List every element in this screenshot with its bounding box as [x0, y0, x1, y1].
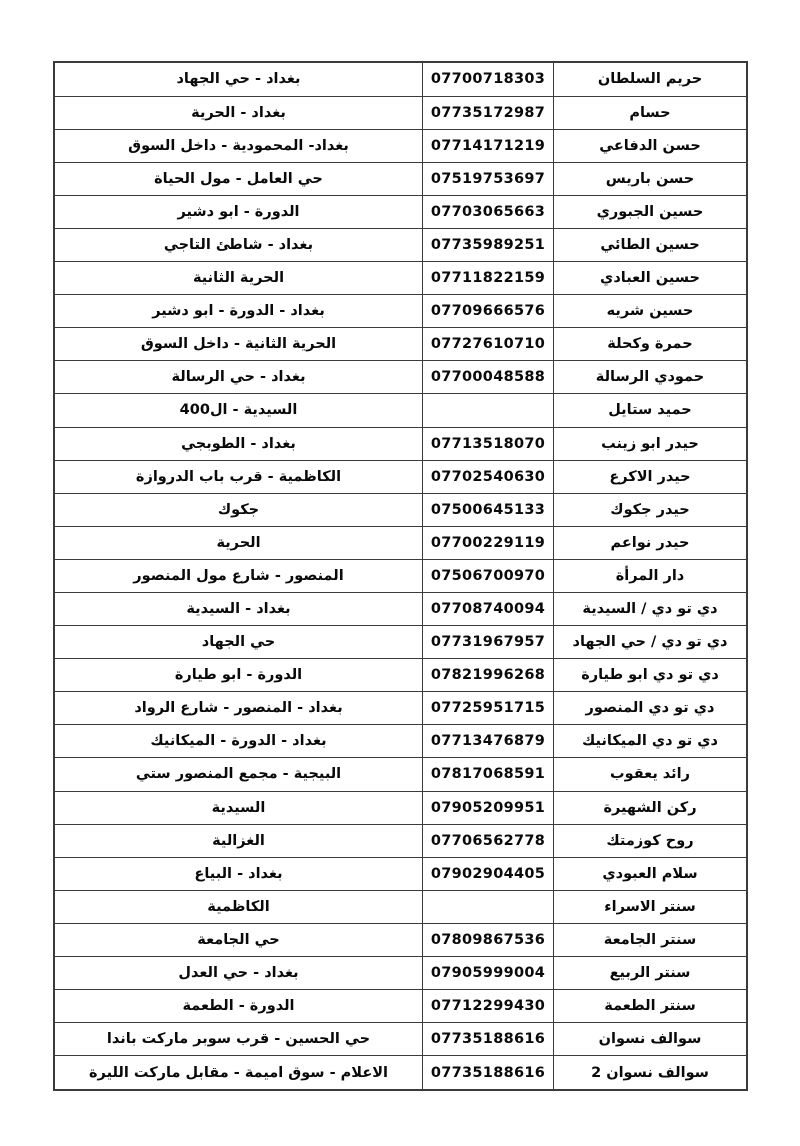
- phone-cell: 07500645133: [423, 493, 554, 526]
- table-row: ركن الشهيرة07905209951السيدية: [54, 791, 747, 824]
- name-cell: حسن الدفاعي: [554, 129, 748, 162]
- location-cell: بغداد - البياع: [54, 857, 423, 890]
- table-row: حيدر الاكرع07702540630الكاظمية - قرب باب…: [54, 460, 747, 493]
- name-cell: دار المرأة: [554, 559, 748, 592]
- location-cell: الحرية: [54, 526, 423, 559]
- location-cell: بغداد - حي الرسالة: [54, 361, 423, 394]
- name-cell: حسن باريس: [554, 162, 748, 195]
- location-cell: المنصور - شارع مول المنصور: [54, 559, 423, 592]
- name-cell: حسام: [554, 96, 748, 129]
- location-cell: بغداد - شاطئ التاجي: [54, 228, 423, 261]
- phone-cell: 07709666576: [423, 295, 554, 328]
- page: { "page": { "background_color": "#ffffff…: [0, 0, 800, 1146]
- table-row: سوالف نسوان07735188616حي الحسين - قرب سو…: [54, 1023, 747, 1056]
- location-cell: حي الجامعة: [54, 923, 423, 956]
- table-row: سنتر الربيع07905999004بغداد - حي العدل: [54, 957, 747, 990]
- location-cell: بغداد - السيدية: [54, 592, 423, 625]
- table-row: حسين الطائي07735989251بغداد - شاطئ التاج…: [54, 228, 747, 261]
- location-cell: بغداد - الدورة - ابو دشير: [54, 295, 423, 328]
- table-row: رائد يعقوب07817068591البيجية - مجمع المن…: [54, 758, 747, 791]
- location-cell: بغداد - الحرية: [54, 96, 423, 129]
- location-cell: السيدية: [54, 791, 423, 824]
- name-cell: سوالف نسوان 2: [554, 1056, 748, 1090]
- phone-cell: 07735188616: [423, 1023, 554, 1056]
- phone-cell: 07506700970: [423, 559, 554, 592]
- location-cell: البيجية - مجمع المنصور ستي: [54, 758, 423, 791]
- name-cell: ركن الشهيرة: [554, 791, 748, 824]
- table-row: حيدر ابو زينب07713518070بغداد - الطوبجي: [54, 427, 747, 460]
- phone-cell: 07700229119: [423, 526, 554, 559]
- location-cell: بغداد - حي الجهاد: [54, 62, 423, 96]
- table-row: حريم السلطان07700718303بغداد - حي الجهاد: [54, 62, 747, 96]
- table-row: حمرة وكحلة07727610710الحرية الثانية - دا…: [54, 328, 747, 361]
- location-cell: الغزالية: [54, 824, 423, 857]
- name-cell: حمودي الرسالة: [554, 361, 748, 394]
- phone-cell: 07519753697: [423, 162, 554, 195]
- name-cell: حسين شريه: [554, 295, 748, 328]
- phone-cell: 07735989251: [423, 228, 554, 261]
- table-row: سنتر الجامعة07809867536حي الجامعة: [54, 923, 747, 956]
- name-cell: حريم السلطان: [554, 62, 748, 96]
- location-cell: الحرية الثانية - داخل السوق: [54, 328, 423, 361]
- location-cell: بغداد - الدورة - الميكانيك: [54, 725, 423, 758]
- table-row: حسن باريس07519753697حي العامل - مول الحي…: [54, 162, 747, 195]
- name-cell: حسين الطائي: [554, 228, 748, 261]
- name-cell: حمرة وكحلة: [554, 328, 748, 361]
- phone-cell: 07713518070: [423, 427, 554, 460]
- location-cell: بغداد - الطوبجي: [54, 427, 423, 460]
- table-row: دي تو دي / السيدية07708740094بغداد - الس…: [54, 592, 747, 625]
- name-cell: حسين العبادي: [554, 262, 748, 295]
- name-cell: رائد يعقوب: [554, 758, 748, 791]
- table-row: دي تو دي / حي الجهاد07731967957حي الجهاد: [54, 626, 747, 659]
- phone-cell: 07714171219: [423, 129, 554, 162]
- table-row: حسين العبادي07711822159الحرية الثانية: [54, 262, 747, 295]
- location-cell: الدورة - ابو طيارة: [54, 659, 423, 692]
- phone-cell: 07711822159: [423, 262, 554, 295]
- phone-cell: 07703065663: [423, 195, 554, 228]
- location-cell: بغداد- المحمودية - داخل السوق: [54, 129, 423, 162]
- location-cell: الكاظمية: [54, 890, 423, 923]
- name-cell: دي تو دي / حي الجهاد: [554, 626, 748, 659]
- name-cell: سوالف نسوان: [554, 1023, 748, 1056]
- phone-cell: 07735188616: [423, 1056, 554, 1090]
- phone-cell: 07712299430: [423, 990, 554, 1023]
- phone-cell: 07902904405: [423, 857, 554, 890]
- phone-cell: 07735172987: [423, 96, 554, 129]
- phone-cell: 07702540630: [423, 460, 554, 493]
- location-cell: بغداد - المنصور - شارع الرواد: [54, 692, 423, 725]
- phone-cell: 07713476879: [423, 725, 554, 758]
- table-row: روح كوزمتك07706562778الغزالية: [54, 824, 747, 857]
- name-cell: سلام العبودي: [554, 857, 748, 890]
- phone-cell: 07817068591: [423, 758, 554, 791]
- phone-cell: 07700718303: [423, 62, 554, 96]
- name-cell: حيدر الاكرع: [554, 460, 748, 493]
- name-cell: سنتر الجامعة: [554, 923, 748, 956]
- phone-cell: 07725951715: [423, 692, 554, 725]
- name-cell: حيدر ابو زينب: [554, 427, 748, 460]
- table-row: سوالف نسوان 207735188616الاعلام - سوق ام…: [54, 1056, 747, 1090]
- table-row: حميد ستايلالسيدية - ال400: [54, 394, 747, 427]
- table-row: حيدر نواعم07700229119الحرية: [54, 526, 747, 559]
- table-row: دي تو دي ابو طيارة07821996268الدورة - اب…: [54, 659, 747, 692]
- phone-cell: 07905209951: [423, 791, 554, 824]
- contacts-table-container: حريم السلطان07700718303بغداد - حي الجهاد…: [53, 61, 748, 1091]
- phone-cell: 07731967957: [423, 626, 554, 659]
- name-cell: حيدر نواعم: [554, 526, 748, 559]
- table-row: حمودي الرسالة07700048588بغداد - حي الرسا…: [54, 361, 747, 394]
- location-cell: حي الحسين - قرب سوبر ماركت باندا: [54, 1023, 423, 1056]
- table-row: حسين الجبوري07703065663الدورة - ابو دشير: [54, 195, 747, 228]
- phone-cell: 07727610710: [423, 328, 554, 361]
- table-row: حسن الدفاعي07714171219بغداد- المحمودية -…: [54, 129, 747, 162]
- name-cell: حيدر جكوك: [554, 493, 748, 526]
- location-cell: الحرية الثانية: [54, 262, 423, 295]
- table-row: دي تو دي الميكانيك07713476879بغداد - الد…: [54, 725, 747, 758]
- location-cell: حي الجهاد: [54, 626, 423, 659]
- phone-cell: 07706562778: [423, 824, 554, 857]
- phone-cell: [423, 890, 554, 923]
- table-row: سلام العبودي07902904405بغداد - البياع: [54, 857, 747, 890]
- table-row: حسام07735172987بغداد - الحرية: [54, 96, 747, 129]
- name-cell: حميد ستايل: [554, 394, 748, 427]
- phone-cell: [423, 394, 554, 427]
- name-cell: دي تو دي ابو طيارة: [554, 659, 748, 692]
- location-cell: الدورة - الطعمة: [54, 990, 423, 1023]
- location-cell: السيدية - ال400: [54, 394, 423, 427]
- phone-cell: 07708740094: [423, 592, 554, 625]
- table-row: دي تو دي المنصور07725951715بغداد - المنص…: [54, 692, 747, 725]
- name-cell: دي تو دي / السيدية: [554, 592, 748, 625]
- table-row: سنتر الاسراءالكاظمية: [54, 890, 747, 923]
- table-row: حسين شريه07709666576بغداد - الدورة - ابو…: [54, 295, 747, 328]
- location-cell: الدورة - ابو دشير: [54, 195, 423, 228]
- table-row: دار المرأة07506700970المنصور - شارع مول …: [54, 559, 747, 592]
- location-cell: حي العامل - مول الحياة: [54, 162, 423, 195]
- name-cell: دي تو دي الميكانيك: [554, 725, 748, 758]
- name-cell: دي تو دي المنصور: [554, 692, 748, 725]
- location-cell: الاعلام - سوق اميمة - مقابل ماركت الليرة: [54, 1056, 423, 1090]
- location-cell: الكاظمية - قرب باب الدروازة: [54, 460, 423, 493]
- phone-cell: 07700048588: [423, 361, 554, 394]
- location-cell: بغداد - حي العدل: [54, 957, 423, 990]
- contacts-table-body: حريم السلطان07700718303بغداد - حي الجهاد…: [54, 62, 747, 1090]
- name-cell: حسين الجبوري: [554, 195, 748, 228]
- table-row: حيدر جكوك07500645133جكوك: [54, 493, 747, 526]
- location-cell: جكوك: [54, 493, 423, 526]
- name-cell: سنتر الطعمة: [554, 990, 748, 1023]
- name-cell: روح كوزمتك: [554, 824, 748, 857]
- phone-cell: 07905999004: [423, 957, 554, 990]
- table-row: سنتر الطعمة07712299430الدورة - الطعمة: [54, 990, 747, 1023]
- name-cell: سنتر الربيع: [554, 957, 748, 990]
- phone-cell: 07821996268: [423, 659, 554, 692]
- contacts-table: حريم السلطان07700718303بغداد - حي الجهاد…: [53, 61, 748, 1091]
- name-cell: سنتر الاسراء: [554, 890, 748, 923]
- phone-cell: 07809867536: [423, 923, 554, 956]
